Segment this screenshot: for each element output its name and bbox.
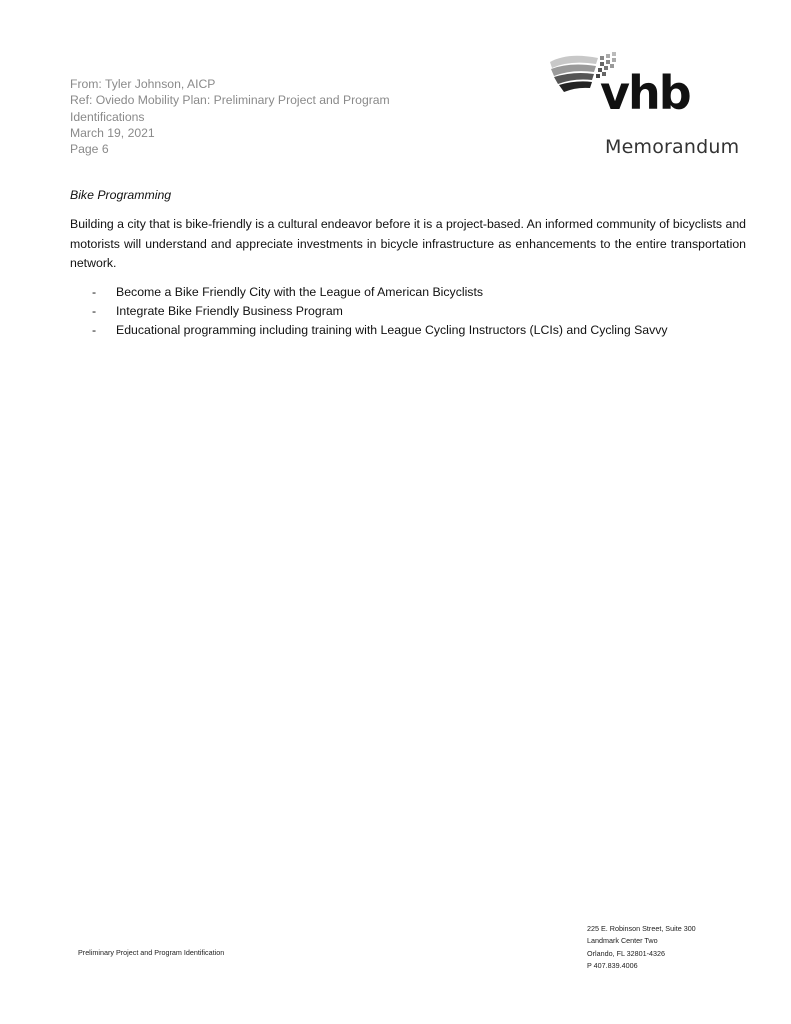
brand-wordmark: vhb (600, 70, 690, 116)
list-item: -Educational programming including train… (70, 321, 668, 340)
ref-line: Ref: Oviedo Mobility Plan: Preliminary P… (70, 92, 390, 108)
address-line: Landmark Center Two (587, 935, 696, 947)
dash-bullet-icon: - (92, 283, 96, 302)
section-heading: Bike Programming (70, 188, 171, 202)
phone-line: P 407.839.4006 (587, 960, 696, 972)
ref-line-continued: Identifications (70, 109, 390, 125)
footer-address: 225 E. Robinson Street, Suite 300 Landma… (587, 923, 696, 972)
bullet-list: -Become a Bike Friendly City with the Le… (70, 283, 668, 340)
memo-header: From: Tyler Johnson, AICP Ref: Oviedo Mo… (70, 76, 390, 157)
address-line: 225 E. Robinson Street, Suite 300 (587, 923, 696, 935)
from-line: From: Tyler Johnson, AICP (70, 76, 390, 92)
dash-bullet-icon: - (92, 321, 96, 340)
dash-bullet-icon: - (92, 302, 96, 321)
document-type: Memorandum (605, 136, 739, 158)
memo-date: March 19, 2021 (70, 125, 390, 141)
list-item: -Integrate Bike Friendly Business Progra… (70, 302, 668, 321)
footer-document-title: Preliminary Project and Program Identifi… (78, 948, 224, 957)
list-item: -Become a Bike Friendly City with the Le… (70, 283, 668, 302)
address-line: Orlando, FL 32801-4326 (587, 948, 696, 960)
body-paragraph: Building a city that is bike-friendly is… (70, 215, 746, 274)
page-number: Page 6 (70, 141, 390, 157)
